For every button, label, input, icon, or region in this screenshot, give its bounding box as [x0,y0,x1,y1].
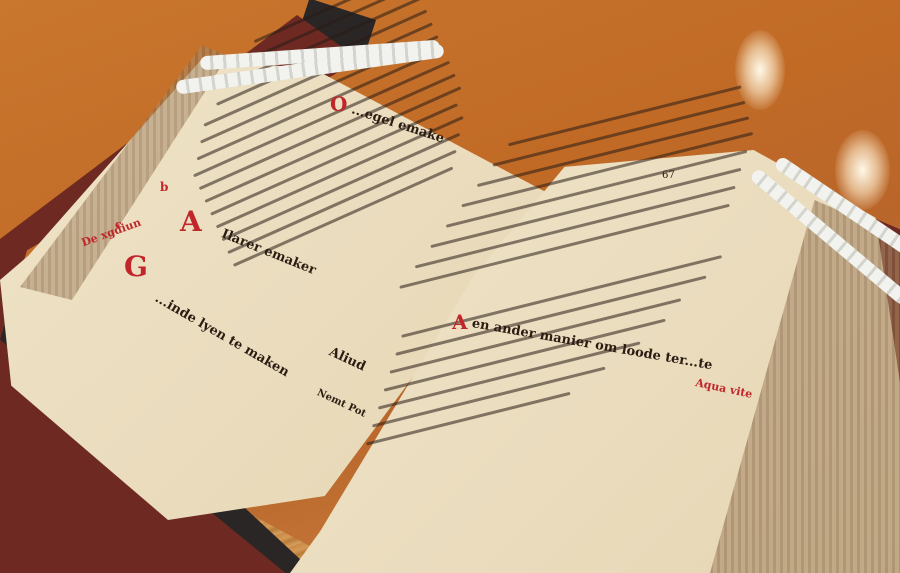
rubric-initial: A [180,205,202,238]
rubric-initial: G [124,250,148,283]
rubric-initial: O [330,92,347,116]
photo-scene: O ...egel emake A Ilarer emaker G ...ind… [0,0,900,573]
page-number: 67 [662,170,675,181]
margin-note: b [160,180,168,194]
rubric-initial: A [452,310,468,334]
